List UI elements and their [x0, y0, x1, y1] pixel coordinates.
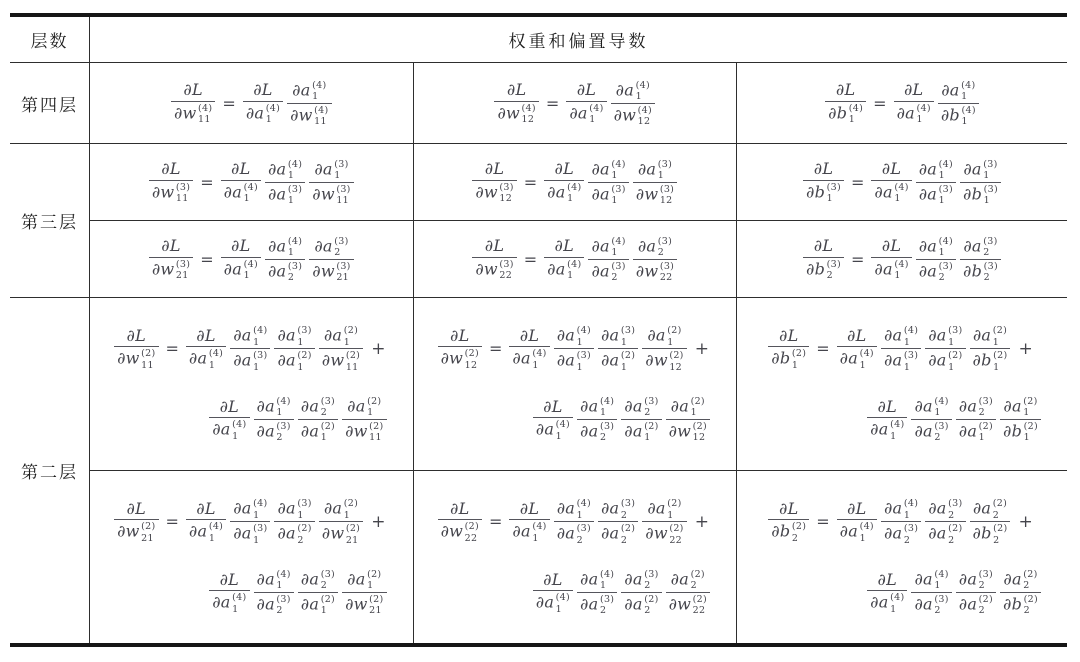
fraction-denominator: ∂a(4)1 [209, 591, 249, 615]
fraction: ∂a(4)1∂a(3)1 [230, 324, 270, 373]
fraction-numerator: ∂a(2)2 [1000, 568, 1040, 592]
fraction-denominator: ∂a(4)1 [894, 102, 934, 126]
math-atom: ∂w(2)12 [441, 348, 479, 370]
fraction-numerator: ∂a(4)1 [916, 235, 956, 259]
fraction-denominator: ∂b(4)1 [938, 104, 979, 128]
fraction-numerator: ∂L [875, 570, 901, 590]
formula-cell: ∂L∂b(3)2=∂L∂a(4)1∂a(4)1∂a(3)2∂a(3)2∂b(3)… [737, 221, 1067, 297]
math-atom: ∂L [196, 500, 216, 518]
fraction-numerator: ∂a(4)1 [230, 497, 270, 521]
math-atom: ∂a(4)1 [591, 159, 625, 181]
math-atom: ∂a(4)1 [547, 182, 581, 204]
math-atom: ∂a(3)2 [884, 523, 918, 545]
math-atom: ∂L [231, 160, 251, 178]
fraction-numerator: ∂a(4)1 [938, 79, 978, 103]
formula-line: ∂L∂w(3)11=∂L∂a(4)1∂a(4)1∂a(3)1∂a(3)1∂w(3… [149, 158, 354, 207]
math-atom: ∂a(2)1 [324, 498, 358, 520]
math-atom: ∂a(4)1 [884, 325, 918, 347]
fraction-numerator: ∂a(4)1 [577, 568, 617, 592]
math-atom: ∂w(2)22 [441, 521, 479, 543]
math-atom: ∂L [543, 398, 563, 416]
fraction-numerator: ∂a(4)1 [916, 158, 956, 182]
fraction-numerator: ∂a(3)1 [635, 158, 675, 182]
fraction-denominator: ∂a(2)1 [298, 593, 338, 617]
fraction: ∂L∂w(2)21 [114, 499, 158, 544]
math-atom: ∂a(4)1 [212, 592, 246, 614]
math-atom: ∂w(4)11 [290, 105, 328, 127]
formula-line-continuation: ∂L∂a(4)1∂a(4)1∂a(3)2∂a(3)2∂a(2)1∂a(2)1∂b… [867, 395, 1041, 444]
fraction: ∂L∂w(4)12 [494, 80, 538, 125]
fraction-denominator: ∂w(3)11 [309, 183, 353, 207]
derivative-table: 层数 权重和偏置导数 第四层∂L∂w(4)11=∂L∂a(4)1∂a(4)1∂w… [10, 13, 1067, 647]
plus-sign: + [371, 339, 385, 359]
math-atom: ∂L [847, 500, 867, 518]
math-atom: ∂w(3)12 [636, 184, 674, 206]
equals-sign: = [166, 512, 179, 531]
math-atom: ∂w(3)22 [636, 261, 674, 283]
math-atom: ∂a(3)1 [277, 325, 311, 347]
math-atom: ∂a(4)1 [268, 159, 302, 181]
fraction-numerator: ∂L [776, 499, 802, 519]
fraction-denominator: ∂a(4)1 [221, 181, 261, 205]
fraction: ∂a(2)1∂w(2)21 [319, 497, 363, 546]
math-atom: ∂a(4)1 [224, 182, 258, 204]
math-atom: ∂a(4)1 [268, 236, 302, 258]
math-atom: ∂a(2)1 [671, 396, 705, 418]
equals-sign: = [200, 173, 213, 192]
fraction-denominator: ∂a(4)1 [867, 591, 907, 615]
formula-line: ∂L∂w(3)21=∂L∂a(4)1∂a(4)1∂a(3)2∂a(3)2∂w(3… [149, 235, 354, 284]
fraction-denominator: ∂a(3)1 [554, 349, 594, 373]
formula-cell: ∂L∂w(3)22=∂L∂a(4)1∂a(4)1∂a(3)2∂a(3)2∂w(3… [414, 221, 738, 297]
fraction-numerator: ∂a(4)1 [911, 568, 951, 592]
fraction-numerator: ∂L [875, 397, 901, 417]
fraction-denominator: ∂a(4)1 [566, 102, 606, 126]
formula-line: ∂L∂w(2)12=∂L∂a(4)1∂a(4)1∂a(3)1∂a(3)1∂a(2… [438, 324, 712, 373]
math-atom: ∂a(4)1 [874, 182, 908, 204]
fraction-denominator: ∂a(2)2 [598, 522, 638, 546]
formula-cell: ∂L∂b(4)1=∂L∂a(4)1∂a(4)1∂b(4)1 [737, 63, 1067, 143]
math-atom: ∂L [779, 500, 799, 518]
math-atom: ∂b(2)1 [973, 350, 1008, 372]
fraction: ∂a(2)2∂w(2)22 [666, 568, 710, 617]
layer-label: 第四层 [10, 63, 90, 143]
equals-sign: = [524, 173, 537, 192]
fraction-numerator: ∂a(4)1 [265, 235, 305, 259]
math-atom: ∂a(3)2 [591, 261, 625, 283]
math-atom: ∂a(4)1 [189, 348, 223, 370]
fraction: ∂a(3)1∂a(2)1 [598, 324, 638, 373]
fraction: ∂a(3)2∂w(3)22 [633, 235, 677, 284]
formula-cell: ∂L∂w(4)12=∂L∂a(4)1∂a(4)1∂w(4)12 [414, 63, 738, 143]
fraction: ∂a(4)1∂a(3)1 [554, 324, 594, 373]
fraction-numerator: ∂a(3)1 [274, 497, 314, 521]
fraction-numerator: ∂L [193, 499, 219, 519]
fraction: ∂L∂b(2)2 [768, 499, 809, 544]
fraction-denominator: ∂w(2)22 [438, 520, 482, 544]
fraction-denominator: ∂b(2)2 [970, 522, 1011, 546]
fraction-numerator: ∂a(2)1 [344, 395, 384, 419]
fraction: ∂a(2)1∂w(2)22 [642, 497, 686, 546]
fraction-numerator: ∂a(2)1 [1000, 395, 1040, 419]
math-atom: ∂L [231, 237, 251, 255]
fraction-numerator: ∂L [574, 80, 600, 100]
formula-cell: ∂L∂w(3)21=∂L∂a(4)1∂a(4)1∂a(3)2∂a(3)2∂w(3… [90, 221, 414, 297]
fraction-denominator: ∂w(2)22 [666, 593, 710, 617]
math-atom: ∂L [127, 500, 147, 518]
fraction: ∂L∂a(4)1 [221, 236, 261, 281]
math-atom: ∂a(3)1 [277, 498, 311, 520]
fraction: ∂a(3)1∂w(3)12 [633, 158, 677, 207]
equals-sign: = [222, 94, 235, 113]
math-atom: ∂w(3)22 [475, 259, 513, 281]
layer-formulas: ∂L∂w(2)11=∂L∂a(4)1∂a(4)1∂a(3)1∂a(3)1∂a(2… [90, 298, 1067, 643]
math-atom: ∂b(4)1 [941, 105, 976, 127]
math-atom: ∂a(2)1 [301, 594, 335, 616]
fraction: ∂a(3)2∂a(2)1 [956, 395, 996, 444]
math-atom: ∂L [520, 327, 540, 345]
equals-sign: = [200, 250, 213, 269]
math-atom: ∂a(4)1 [557, 325, 591, 347]
math-atom: ∂w(2)12 [645, 350, 683, 372]
math-atom: ∂w(3)12 [475, 182, 513, 204]
fraction: ∂L∂a(4)1 [533, 397, 573, 442]
math-atom: ∂w(2)21 [322, 523, 360, 545]
plus-sign: + [371, 512, 385, 532]
math-atom: ∂b(2)1 [1003, 421, 1038, 443]
fraction-numerator: ∂a(3)2 [621, 395, 661, 419]
fraction: ∂L∂w(4)11 [171, 80, 215, 125]
math-atom: ∂a(4)1 [914, 569, 948, 591]
math-atom: ∂a(3)2 [624, 396, 658, 418]
fraction-numerator: ∂L [180, 80, 206, 100]
fraction-denominator: ∂a(4)1 [533, 591, 573, 615]
fraction-denominator: ∂w(3)21 [149, 258, 193, 282]
fraction: ∂L∂a(4)1 [533, 570, 573, 615]
formula-line-continuation: ∂L∂a(4)1∂a(4)1∂a(3)2∂a(3)2∂a(2)2∂a(2)2∂b… [867, 568, 1041, 617]
math-atom: ∂L [836, 81, 856, 99]
fraction: ∂L∂a(4)1 [544, 159, 584, 204]
math-atom: ∂a(2)1 [301, 421, 335, 443]
math-atom: ∂b(3)1 [963, 184, 998, 206]
formula-line: ∂L∂w(2)11=∂L∂a(4)1∂a(4)1∂a(3)1∂a(3)1∂a(2… [114, 324, 388, 373]
math-atom: ∂a(3)1 [591, 184, 625, 206]
math-atom: ∂a(4)1 [547, 259, 581, 281]
formula-cell: ∂L∂w(2)12=∂L∂a(4)1∂a(4)1∂a(3)1∂a(3)1∂a(2… [414, 298, 738, 470]
math-atom: ∂a(4)1 [616, 80, 650, 102]
fraction-numerator: ∂a(4)1 [881, 324, 921, 348]
math-atom: ∂a(3)2 [914, 594, 948, 616]
layer-row: 第二层∂L∂w(2)11=∂L∂a(4)1∂a(4)1∂a(3)1∂a(3)1∂… [10, 298, 1067, 643]
math-atom: ∂w(2)22 [669, 594, 707, 616]
fraction: ∂a(2)1∂w(2)11 [319, 324, 363, 373]
fraction-numerator: ∂a(4)1 [554, 324, 594, 348]
fraction-denominator: ∂w(2)12 [438, 347, 482, 371]
fraction: ∂L∂a(4)1 [209, 570, 249, 615]
math-atom: ∂a(2)2 [277, 523, 311, 545]
fraction-numerator: ∂L [124, 326, 150, 346]
fraction-numerator: ∂L [217, 397, 243, 417]
math-atom: ∂a(4)1 [941, 80, 975, 102]
fraction-numerator: ∂L [811, 236, 837, 256]
math-atom: ∂a(3)2 [963, 236, 997, 258]
fraction-denominator: ∂a(4)1 [243, 102, 283, 126]
math-atom: ∂a(4)1 [919, 159, 953, 181]
fraction-denominator: ∂w(2)12 [642, 349, 686, 373]
formula-line: ∂L∂w(3)12=∂L∂a(4)1∂a(4)1∂a(3)1∂a(3)1∂w(3… [472, 158, 677, 207]
fraction-numerator: ∂a(2)1 [344, 568, 384, 592]
fraction: ∂a(4)1∂a(3)1 [265, 158, 305, 207]
fraction-denominator: ∂a(2)2 [956, 593, 996, 617]
math-atom: ∂a(3)2 [257, 594, 291, 616]
fraction-numerator: ∂a(4)1 [588, 158, 628, 182]
math-atom: ∂L [878, 571, 898, 589]
fraction-denominator: ∂a(3)1 [230, 349, 270, 373]
fraction-numerator: ∂L [193, 326, 219, 346]
math-atom: ∂L [507, 81, 527, 99]
fraction: ∂a(3)2∂a(2)1 [298, 395, 338, 444]
fraction-numerator: ∂L [482, 236, 508, 256]
formula-line: ∂L∂w(3)22=∂L∂a(4)1∂a(4)1∂a(3)2∂a(3)2∂w(3… [472, 235, 677, 284]
fraction-denominator: ∂a(4)1 [186, 347, 226, 371]
formula-cell: ∂L∂b(3)1=∂L∂a(4)1∂a(4)1∂a(3)1∂a(3)1∂b(3)… [737, 144, 1067, 220]
fraction: ∂a(4)1∂a(3)1 [916, 158, 956, 207]
fraction-numerator: ∂a(3)2 [960, 235, 1000, 259]
math-atom: ∂a(4)1 [536, 592, 570, 614]
math-atom: ∂a(3)2 [268, 261, 302, 283]
fraction-denominator: ∂w(2)22 [642, 522, 686, 546]
fraction-numerator: ∂a(2)1 [970, 324, 1010, 348]
formula-line: ∂L∂b(2)1=∂L∂a(4)1∂a(4)1∂a(3)1∂a(3)1∂a(2)… [768, 324, 1035, 373]
fraction-numerator: ∂a(4)1 [265, 158, 305, 182]
fraction: ∂a(4)1∂a(3)2 [881, 497, 921, 546]
table-header-row: 层数 权重和偏置导数 [10, 17, 1067, 63]
fraction-numerator: ∂a(3)2 [298, 395, 338, 419]
equals-sign: = [524, 250, 537, 269]
math-atom: ∂L [253, 81, 273, 99]
math-atom: ∂a(4)1 [870, 419, 904, 441]
plus-sign: + [1018, 339, 1032, 359]
math-atom: ∂L [450, 500, 470, 518]
math-atom: ∂b(3)1 [806, 182, 841, 204]
fraction-numerator: ∂L [844, 499, 870, 519]
formula-line: ∂L∂w(4)12=∂L∂a(4)1∂a(4)1∂w(4)12 [494, 79, 655, 128]
fraction: ∂a(2)1∂b(2)1 [1000, 395, 1041, 444]
fraction-numerator: ∂L [158, 159, 184, 179]
math-atom: ∂a(3)2 [919, 261, 953, 283]
fraction: ∂L∂w(3)21 [149, 236, 193, 281]
fraction-denominator: ∂b(3)2 [803, 258, 844, 282]
fraction: ∂a(3)2∂a(2)1 [621, 395, 661, 444]
math-atom: ∂L [814, 160, 834, 178]
fraction: ∂L∂a(4)1 [867, 570, 907, 615]
fraction: ∂a(3)2∂a(2)1 [298, 568, 338, 617]
formula-cell: ∂L∂b(2)2=∂L∂a(4)1∂a(4)1∂a(3)2∂a(3)2∂a(2)… [737, 471, 1067, 643]
math-atom: ∂a(3)1 [557, 350, 591, 372]
fraction-denominator: ∂a(4)1 [509, 347, 549, 371]
fraction: ∂L∂a(4)1 [209, 397, 249, 442]
header-derivatives-column-label: 权重和偏置导数 [90, 17, 1067, 62]
fraction: ∂a(4)1∂a(3)2 [554, 497, 594, 546]
fraction-numerator: ∂a(4)1 [254, 395, 294, 419]
fraction: ∂L∂a(4)1 [871, 159, 911, 204]
fraction: ∂a(3)1∂a(2)1 [925, 324, 965, 373]
fraction-denominator: ∂a(2)2 [925, 522, 965, 546]
math-atom: ∂a(2)1 [347, 569, 381, 591]
math-atom: ∂a(2)2 [671, 569, 705, 591]
fraction-numerator: ∂a(4)1 [577, 395, 617, 419]
math-atom: ∂L [161, 237, 181, 255]
fraction: ∂a(2)2∂b(2)2 [970, 497, 1011, 546]
math-atom: ∂w(2)11 [117, 348, 155, 370]
math-atom: ∂a(3)2 [580, 594, 614, 616]
formula-line: ∂L∂b(3)2=∂L∂a(4)1∂a(4)1∂a(3)2∂a(3)2∂b(3)… [803, 235, 1001, 284]
fraction-denominator: ∂a(3)2 [254, 593, 294, 617]
fraction-denominator: ∂w(3)11 [149, 181, 193, 205]
fraction: ∂a(2)1∂w(2)11 [342, 395, 386, 444]
fraction-numerator: ∂a(3)2 [598, 497, 638, 521]
fraction-denominator: ∂w(3)22 [472, 258, 516, 282]
math-atom: ∂L [196, 327, 216, 345]
math-atom: ∂L [520, 500, 540, 518]
fraction: ∂a(2)1∂w(2)21 [342, 568, 386, 617]
fraction-denominator: ∂a(2)1 [598, 349, 638, 373]
fraction-denominator: ∂a(4)1 [871, 258, 911, 282]
fraction: ∂a(3)2∂b(3)2 [960, 235, 1001, 284]
formula-line-continuation: ∂L∂a(4)1∂a(4)1∂a(3)2∂a(3)2∂a(2)1∂a(2)1∂w… [209, 395, 386, 444]
fraction: ∂a(4)1∂a(3)2 [916, 235, 956, 284]
fraction-numerator: ∂L [552, 236, 578, 256]
fraction-denominator: ∂a(4)1 [837, 520, 877, 544]
fraction-numerator: ∂a(4)1 [254, 568, 294, 592]
fraction-denominator: ∂w(4)11 [287, 104, 331, 128]
layer-row: 第四层∂L∂w(4)11=∂L∂a(4)1∂a(4)1∂w(4)11∂L∂w(4… [10, 63, 1067, 144]
math-atom: ∂a(4)1 [257, 569, 291, 591]
fraction-numerator: ∂L [811, 159, 837, 179]
math-atom: ∂L [904, 81, 924, 99]
fraction: ∂L∂a(4)1 [867, 397, 907, 442]
math-atom: ∂a(3)2 [959, 396, 993, 418]
formula-cell: ∂L∂w(2)21=∂L∂a(4)1∂a(4)1∂a(3)1∂a(3)1∂a(2… [90, 471, 414, 643]
math-atom: ∂b(2)1 [771, 348, 806, 370]
fraction-numerator: ∂a(3)1 [925, 324, 965, 348]
fraction: ∂a(4)1∂a(3)2 [577, 568, 617, 617]
equals-sign: = [166, 339, 179, 358]
math-atom: ∂L [814, 237, 834, 255]
layer-formulas: ∂L∂w(4)11=∂L∂a(4)1∂a(4)1∂w(4)11∂L∂w(4)12… [90, 63, 1067, 143]
fraction: ∂a(2)1∂w(2)12 [666, 395, 710, 444]
fraction-numerator: ∂a(4)1 [588, 235, 628, 259]
math-atom: ∂a(3)2 [557, 523, 591, 545]
equals-sign: = [851, 173, 864, 192]
formula-line-continuation: ∂L∂a(4)1∂a(4)1∂a(3)2∂a(3)2∂a(2)1∂a(2)1∂w… [533, 395, 710, 444]
math-atom: ∂w(3)21 [152, 259, 190, 281]
fraction: ∂a(4)1∂b(4)1 [938, 79, 979, 128]
fraction-denominator: ∂a(4)1 [837, 347, 877, 371]
fraction-numerator: ∂a(2)1 [321, 324, 361, 348]
math-atom: ∂w(4)12 [614, 105, 652, 127]
fraction-numerator: ∂a(3)1 [960, 158, 1000, 182]
layer-formulas: ∂L∂w(3)11=∂L∂a(4)1∂a(4)1∂a(3)1∂a(3)1∂w(3… [90, 144, 1067, 297]
fraction-numerator: ∂L [228, 159, 254, 179]
math-atom: ∂a(2)2 [959, 594, 993, 616]
fraction-denominator: ∂a(3)2 [911, 420, 951, 444]
math-atom: ∂w(2)21 [345, 594, 383, 616]
math-atom: ∂b(3)2 [963, 261, 998, 283]
fraction-denominator: ∂a(3)2 [254, 420, 294, 444]
equals-sign: = [546, 94, 559, 113]
fraction-denominator: ∂a(3)2 [588, 260, 628, 284]
fraction-denominator: ∂w(4)12 [494, 102, 538, 126]
math-atom: ∂L [450, 327, 470, 345]
math-atom: ∂a(4)1 [914, 396, 948, 418]
fraction-denominator: ∂a(3)1 [881, 349, 921, 373]
fraction-denominator: ∂a(3)2 [554, 522, 594, 546]
math-atom: ∂w(2)12 [669, 421, 707, 443]
fraction-denominator: ∂w(3)12 [472, 181, 516, 205]
fraction-numerator: ∂L [504, 80, 530, 100]
formula-line: ∂L∂b(3)1=∂L∂a(4)1∂a(4)1∂a(3)1∂a(3)1∂b(3)… [803, 158, 1001, 207]
math-atom: ∂a(4)1 [233, 498, 267, 520]
fraction-numerator: ∂a(3)2 [956, 395, 996, 419]
math-atom: ∂b(2)2 [1003, 594, 1038, 616]
fraction-denominator: ∂a(4)1 [533, 418, 573, 442]
math-atom: ∂a(3)1 [601, 325, 635, 347]
fraction-denominator: ∂a(3)1 [265, 183, 305, 207]
fraction-numerator: ∂a(3)2 [311, 235, 351, 259]
math-atom: ∂a(4)1 [874, 259, 908, 281]
fraction: ∂L∂b(2)1 [768, 326, 809, 371]
fraction: ∂L∂b(3)2 [803, 236, 844, 281]
math-atom: ∂a(4)1 [580, 569, 614, 591]
fraction-numerator: ∂a(2)2 [668, 568, 708, 592]
math-atom: ∂w(3)21 [312, 261, 350, 283]
fraction: ∂a(4)1∂a(3)2 [911, 395, 951, 444]
formula-line-continuation: ∂L∂a(4)1∂a(4)1∂a(3)2∂a(3)2∂a(2)2∂a(2)2∂w… [533, 568, 710, 617]
formula-cell: ∂L∂w(2)22=∂L∂a(4)1∂a(4)1∂a(3)2∂a(3)2∂a(2… [414, 471, 738, 643]
math-atom: ∂a(3)1 [963, 159, 997, 181]
math-atom: ∂a(4)1 [189, 521, 223, 543]
fraction: ∂a(4)1∂w(4)12 [611, 79, 655, 128]
math-atom: ∂a(3)1 [233, 350, 267, 372]
math-atom: ∂a(2)1 [928, 350, 962, 372]
fraction-denominator: ∂a(4)1 [544, 181, 584, 205]
fraction: ∂L∂a(4)1 [186, 499, 226, 544]
fraction-numerator: ∂a(2)1 [644, 497, 684, 521]
math-atom: ∂a(2)1 [277, 350, 311, 372]
equals-sign: = [489, 339, 502, 358]
fraction-denominator: ∂w(2)11 [342, 420, 386, 444]
fraction: ∂a(4)1∂a(3)1 [881, 324, 921, 373]
math-atom: ∂a(2)1 [647, 498, 681, 520]
math-atom: ∂a(2)1 [973, 325, 1007, 347]
fraction-numerator: ∂L [833, 80, 859, 100]
math-atom: ∂a(4)1 [536, 419, 570, 441]
formula-cell: ∂L∂w(4)11=∂L∂a(4)1∂a(4)1∂w(4)11 [90, 63, 414, 143]
fraction: ∂a(2)2∂b(2)2 [1000, 568, 1041, 617]
fraction-denominator: ∂b(2)1 [970, 349, 1011, 373]
math-atom: ∂w(3)11 [152, 182, 190, 204]
fraction-denominator: ∂a(3)2 [577, 420, 617, 444]
fraction: ∂L∂a(4)1 [837, 499, 877, 544]
fraction-denominator: ∂a(3)1 [588, 183, 628, 207]
fraction-denominator: ∂a(4)1 [871, 181, 911, 205]
fraction: ∂L∂a(4)1 [509, 499, 549, 544]
fraction-denominator: ∂a(3)1 [230, 522, 270, 546]
fraction-denominator: ∂a(3)2 [577, 593, 617, 617]
math-atom: ∂L [555, 237, 575, 255]
math-atom: ∂a(3)2 [914, 421, 948, 443]
